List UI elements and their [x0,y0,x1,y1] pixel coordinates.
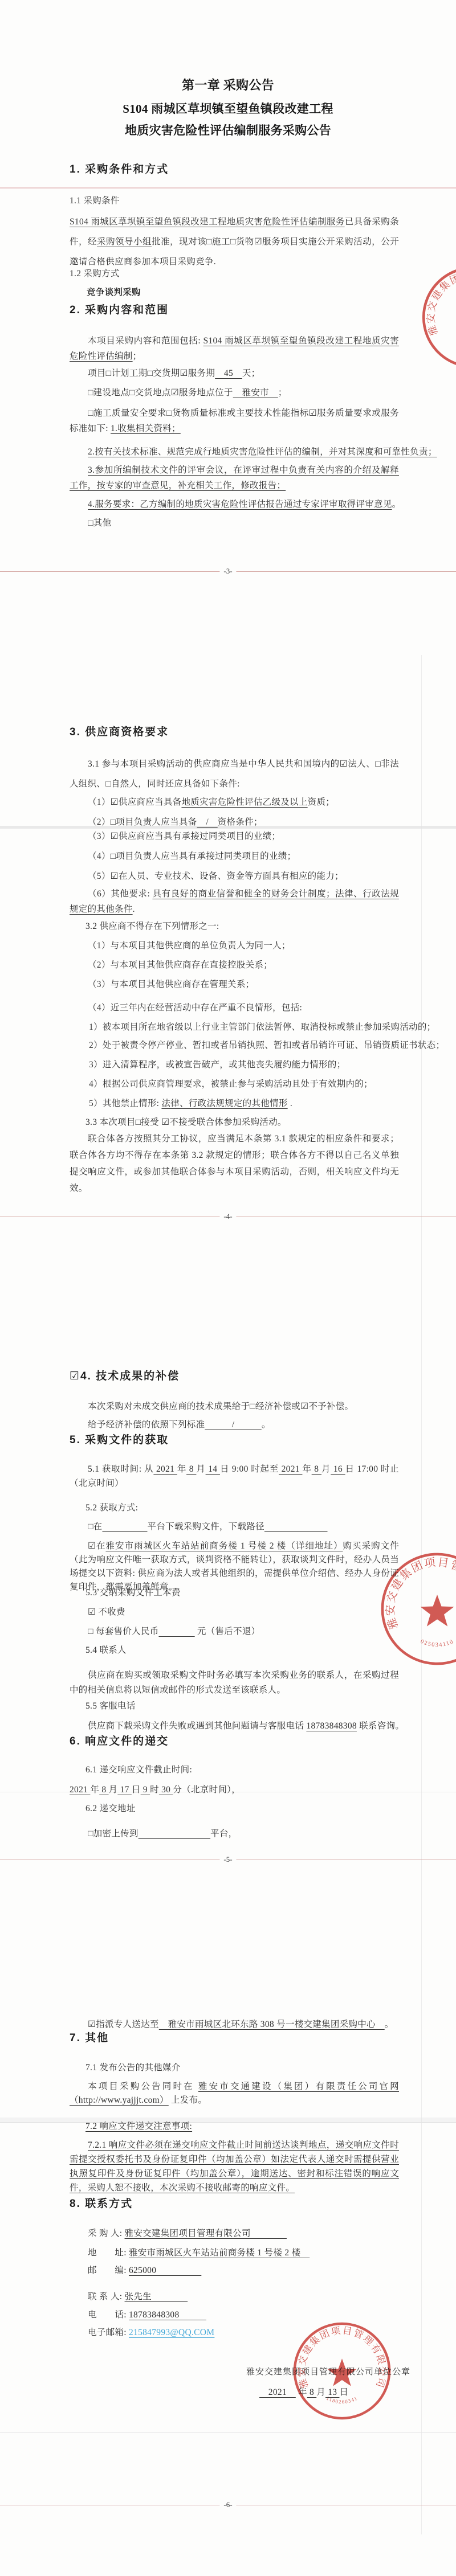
text-part: 18783848308 [306,1721,357,1731]
text-part: 项目□计划工期□交货期☑服务期 [88,368,215,378]
text-part: （2）□项目负责人应当具备 [88,817,197,827]
text-part: 1.收集相关资料； [111,424,181,433]
text-part: 时 [150,1785,159,1795]
service-location-text: □建设地点□交货地点☑服务地点位于 雅安市 ； [70,383,287,403]
text-part: ； [133,351,142,361]
text-part: 8 [186,1464,196,1474]
text-part: 2021 [153,1464,177,1474]
service-phone-text: 供应商下载采购文件失败或遇到其他问题请与客服电话 18783848308 联系咨… [70,1716,404,1736]
text-part: 天； [242,368,260,378]
clause-6-1-label: 6.1 递交响应文件截止时间: [85,1760,192,1780]
service-period-text: 项目□计划工期□交货期☑服务期 45 天； [70,363,260,383]
contact-label: 采 购 人: [88,2229,125,2238]
clause-5-5-label: 5.5 客服电话 [85,1696,136,1716]
section-3-heading: 3. 供应商资格要求 [70,726,169,739]
company-seal-partial-top-icon: 雅安交建集团项目管理有限公司 [420,264,456,370]
page-number: -3- [219,567,236,576]
text-part: 分（北京时间）， [173,1785,241,1795]
text-part: 日 [132,1785,141,1795]
page-footer: -3- [0,571,456,572]
text-part: ☑在 [88,1541,105,1551]
text-part: 16 [331,1464,345,1474]
clause-5-3-label: 5.3 交纳采购文件工本费 [85,1583,181,1603]
text-part: 45 [215,368,242,378]
clause-5-4-label: 5.4 联系人 [85,1640,127,1660]
contact-label: 联 系 人: [88,2292,125,2301]
text-part: □建设地点□交货地点☑服务地点位于 [88,388,233,398]
qualification-item-3: （3）☑供应商应当具有承接过同类项目的业绩； [88,826,280,846]
scope-text: 本项目采购内容和范围包括: S104 雨城区草坝镇至望鱼镇段改建工程地质灾害危险… [70,333,399,364]
clause-1-1-text: S104 雨城区草坝镇至望鱼镇段改建工程地质灾害危险性评估编制服务已具备采购条件… [70,212,399,272]
prohibited-item-3: （3）与本项目其他供应商存在管理关系； [88,974,254,994]
clause-6-2-label: 6.2 递交地址 [85,1799,136,1819]
contact-label: 电子邮箱: [88,2328,129,2337]
section-5-heading: 5. 采购文件的获取 [70,1434,169,1447]
text-part: 供应商下载采购文件失败或遇到其他问题请与客服电话 [88,1721,306,1731]
scan-band-artifact [0,2118,456,2123]
clause-3-2-label: 3.2 供应商不得存在下列情形之一: [85,916,219,936]
qualification-item-4: （4）□项目负责人应当具有承接过同类项目的业绩； [88,846,296,866]
clause-3-3-text: 3.3 本次项目□接受 ☑不接受联合体参加采购活动。 [85,1112,287,1132]
section-7-heading: 7. 其他 [70,2032,109,2045]
qualification-item-1: （1）☑供应商应当具备地质灾害危险性评估乙级及以上资质； [88,792,335,812]
page-footer: -6- [0,2505,456,2505]
quality-item-3: 3.参加所编制技术文件的评审会议，在评审过程中负责有关内容的介绍及解释工作，按专… [70,462,399,493]
text-part: 年 [90,1785,99,1795]
section-1-heading: 1. 采购条件和方式 [70,163,169,177]
contact-label: 电 话: [88,2310,129,2320]
doc-title-line1: S104 雨城区草坝镇至望鱼镇段改建工程 [0,98,456,120]
clause-5-2-label: 5.2 获取方式: [85,1498,138,1518]
svg-text:1180260341: 1180260341 [325,2395,359,2405]
bad-record-item-3: 3）进入清算程序，或被宣告破产，或其他丧失履约能力情形的； [89,1055,345,1075]
consortium-text: 联合体各方按照其分工协议，应当满足本条第 3.1 款规定的相应条件和要求；联合体… [70,1131,399,1197]
obtain-time-text: 5.1 获取时间: 从 2021 年 8 月 14 日 9:00 时起至 202… [70,1462,399,1490]
doc-title-line2: 地质灾害危险性评估编制服务采购公告 [0,120,456,141]
clause-1-1-label: 1.1 采购条件 [70,191,120,211]
text-part: / [205,1420,261,1430]
quality-item-4: 4.服务要求：乙方编制的地质灾害危险性评估报告通过专家评审取得评审意见。 [70,494,401,514]
clause-3-1-text: 3.1 参与本项目采购活动的供应商应当是中华人民共和国境内的☑法人、□非法人组织… [70,754,399,794]
text-part: 5）其他禁止情形: [89,1099,161,1108]
text-part: 地质灾害危险性评估乙级及以上 [181,797,307,807]
text-part: （6）其他要求: [88,889,152,899]
other-checkbox-line: □其他 [70,513,111,533]
text-part: （1）☑供应商应当具备 [88,797,181,807]
prohibited-item-4: （4）近三年内在经营活动中存在严重不良情形，包括: [88,998,302,1018]
contact-value: 18783848308 [129,2310,206,2320]
contact-value: 雅安市雨城区火车站站前商务楼 1 号楼 2 楼 [129,2248,310,2258]
scanned-procurement-document: 第一章 采购公告 S104 雨城区草坝镇至望鱼镇段改建工程 地质灾害危险性评估编… [0,0,456,2576]
text-part: 年 [177,1464,186,1474]
contact-row-person: 联 系 人: 张先生 [88,2287,188,2307]
section-6-heading: 6. 响应文件的递交 [70,1735,169,1748]
fee-line: □ 每套售价人民币 元（售后不退） [88,1621,260,1641]
contact-row-phone: 电 话: 18783848308 [88,2305,206,2325]
text-part: □在 [88,1522,102,1531]
contact-person-note: 供应商在购买或领取采购文件时务必填写本次采购业务的联系人，在采购过程中的相关信息… [70,1668,399,1698]
chapter-heading: 第一章 采购公告 [0,74,456,97]
text-part: □加密上传到 [88,1829,139,1838]
text-part: 月 [196,1464,205,1474]
announcement-media-text: 本项目采购公告同时在 雅安市交通建设（集团）有限责任公司官网（http://ww… [70,2080,399,2107]
quality-standard-text: □施工质量安全要求□货物质量标准或主要技术性能指标☑服务质量要求或服务标准如下:… [70,406,399,436]
text-part: 7.2.1 响应文件必须在递交响应文件截止时间前送达谈判地点，递交响应文件时需提… [70,2140,399,2193]
contact-row-zipcode: 邮 编: 625000 [88,2260,201,2280]
text-part: 法律、行政法规规定的其他情形 [161,1099,287,1108]
scan-line-artifact [0,2432,456,2433]
text-part: 联系咨询。 [357,1721,404,1731]
section-2-heading: 2. 采购内容和范围 [70,304,169,317]
qualification-item-6: （6）其他要求: 具有良好的商业信誉和健全的财务会计制度；法律、行政法规规定的其… [70,886,399,917]
text-part: . [288,1099,292,1108]
compensation-text: 本次采购对未成交供应商的技术成果给于□经济补偿或☑不予补偿。 [70,1396,353,1416]
text-part: 7.2 响应文件递交注意事项: [85,2122,192,2131]
text-part: 雅安市 [233,388,278,398]
text-part: 8 [99,1785,108,1795]
text-part: ☑指派专人送达至 [88,2020,159,2029]
bad-record-item-4: 4）根据公司供应商管理要求，被禁止参与采购活动且处于有效期内的； [89,1074,373,1094]
scan-line-artifact [0,187,456,189]
text-part: 本项目采购内容和范围包括: [88,336,203,346]
text-part: 平台， [210,1829,237,1838]
contact-label: 邮 编: [88,2266,129,2275]
company-seal-icon: 雅安交建集团项目管理有限公司 1180260341 [291,2320,393,2422]
quality-item-2: 2.按有关技术标准、规范完成行地质灾害危险性评估的编制，并对其深度和可靠性负责； [70,442,437,462]
text-part: 资质； [308,797,335,807]
text-part: 本项目采购公告同时在 [88,2082,198,2091]
contact-row-buyer: 采 购 人: 雅安交建集团项目管理有限公司 [88,2223,287,2243]
page-number: -4- [219,1212,236,1221]
text-part: 年 [302,1464,311,1474]
qualification-item-5: （5）☑在人员、专业技术、设备、资金等方面具有相应的能力； [88,866,344,886]
prohibited-item-1: （1）与本项目其他供应商的单位负责人为同一人； [88,936,291,956]
text-part [139,1829,210,1838]
bad-record-item-2: 2）处于被责令停产停业、暂扣或者吊销执照、暂扣或者吊销许可证、吊销资质证书状态； [89,1035,445,1055]
bad-record-item-5: 5）其他禁止情形: 法律、行政法规规定的其他情形 . [89,1094,292,1113]
no-fee-line: ☑ 不收费 [88,1602,125,1622]
prohibited-item-2: （2）与本项目其他供应商存在直接控股关系； [88,955,272,975]
text-part: 雅安市雨城区火车站站前商务楼 1 号楼 2 楼（详细地址） [105,1541,343,1551]
text-part: ； [278,388,287,398]
text-part: 日 9:00 时起至 [220,1464,279,1474]
page-number: -5- [219,1855,236,1864]
text-part: 上发布。 [169,2095,207,2105]
text-part [158,1627,194,1636]
text-part: □ 每套售价人民币 [88,1627,158,1636]
text-part: S104 雨城区草坝镇至望鱼镇段改建工程地质灾害危险性评估编制服务 [70,217,345,227]
page-number: -6- [219,2500,236,2509]
text-part: 9 [141,1785,150,1795]
text-part: 给予经济补偿的依照下列标准 [88,1420,205,1430]
text-part: 2021 [259,2387,296,2397]
text-part: 雅安市雨城区北环东路 308 号一楼交建集团采购中心 [159,2020,385,2029]
download-option-line: □在 平台下载采购文件，下载路径 [88,1517,328,1537]
text-part: 3.参加所编制技术文件的评审会议，在评审过程中负责有关内容的介绍及解释工作，按专… [70,465,399,490]
text-part: 30 [159,1785,173,1795]
text-part [102,1522,147,1531]
text-part: 月 [321,1464,331,1474]
text-part: 。 [385,2020,394,2029]
text-part: 。 [262,1420,271,1430]
contact-value: 张先生 [125,2292,188,2301]
text-part: 2.按有关技术标准、规范完成行地质灾害危险性评估的编制，并对其深度和可靠性负责； [88,447,437,457]
text-part: 。 [392,499,401,509]
page-footer: -4- [0,1217,456,1217]
text-part: 资格条件； [218,817,263,827]
bad-record-item-1: 1）被本项目所在地省级以上行业主管部门依法暂停、取消投标或禁止参加采购活动的； [89,1017,435,1037]
text-part: 采购领导小组 [97,237,152,247]
text-part: 2021 [279,1464,302,1474]
text-part: 5.1 获取时间: 从 [88,1464,153,1474]
contact-value: 雅安交建集团项目管理有限公司 [125,2229,287,2238]
svg-text:025034110: 025034110 [420,1639,455,1648]
text-part: 2021 [70,1785,90,1795]
section-8-heading: 8. 联系方式 [70,2197,133,2211]
text-part: 4.服务要求：乙方编制的地质灾害危险性评估报告通过专家评审取得评审意见 [88,499,392,509]
text-part: / [197,817,218,827]
compensation-standard-text: 给予经济补偿的依照下列标准 / 。 [70,1415,271,1435]
text-part: 8 [312,1464,321,1474]
contact-row-email: 电子邮箱: 215847993@QQ.COM [88,2323,214,2342]
text-part: 平台下载采购文件，下载路径 [147,1522,264,1531]
contact-label: 地 址: [88,2248,129,2258]
delivery-option-line: ☑指派专人送达至 雅安市雨城区北环东路 308 号一楼交建集团采购中心 。 [88,2014,394,2034]
email-link: 215847993@QQ.COM [129,2328,214,2337]
page-footer: -5- [0,1860,456,1860]
procurement-method: 竞争谈判采购 [87,282,141,302]
company-seal-partial-mid-icon: 雅安交建集团项目管理有限公司 025034110 [378,1550,456,1668]
clause-7-1-label: 7.1 发布公告的其他媒介 [85,2058,181,2078]
text-part: 14 [206,1464,220,1474]
contact-value: 625000 [129,2266,201,2275]
text-part: 元（售后不退） [195,1627,260,1636]
section-4-heading: ☑4. 技术成果的补偿 [70,1370,180,1383]
text-part [264,1522,328,1531]
submission-notes-text: 7.2.1 响应文件必须在递交响应文件截止时间前送达谈判地点，递交响应文件时需提… [70,2138,399,2195]
clause-1-2-label: 1.2 采购方式 [70,264,120,284]
deadline-text: 2021 年 8 月 17 日 9 时 30 分（北京时间）， [70,1780,241,1800]
clause-7-2-label: 7.2 响应文件递交注意事项: [85,2116,192,2136]
contact-row-address: 地 址: 雅安市雨城区火车站站前商务楼 1 号楼 2 楼 [88,2243,310,2263]
text-part: 月 [109,1785,118,1795]
text-part: . [133,904,135,914]
text-part: 17 [117,1785,131,1795]
upload-option-line: □加密上传到 平台， [88,1824,237,1844]
